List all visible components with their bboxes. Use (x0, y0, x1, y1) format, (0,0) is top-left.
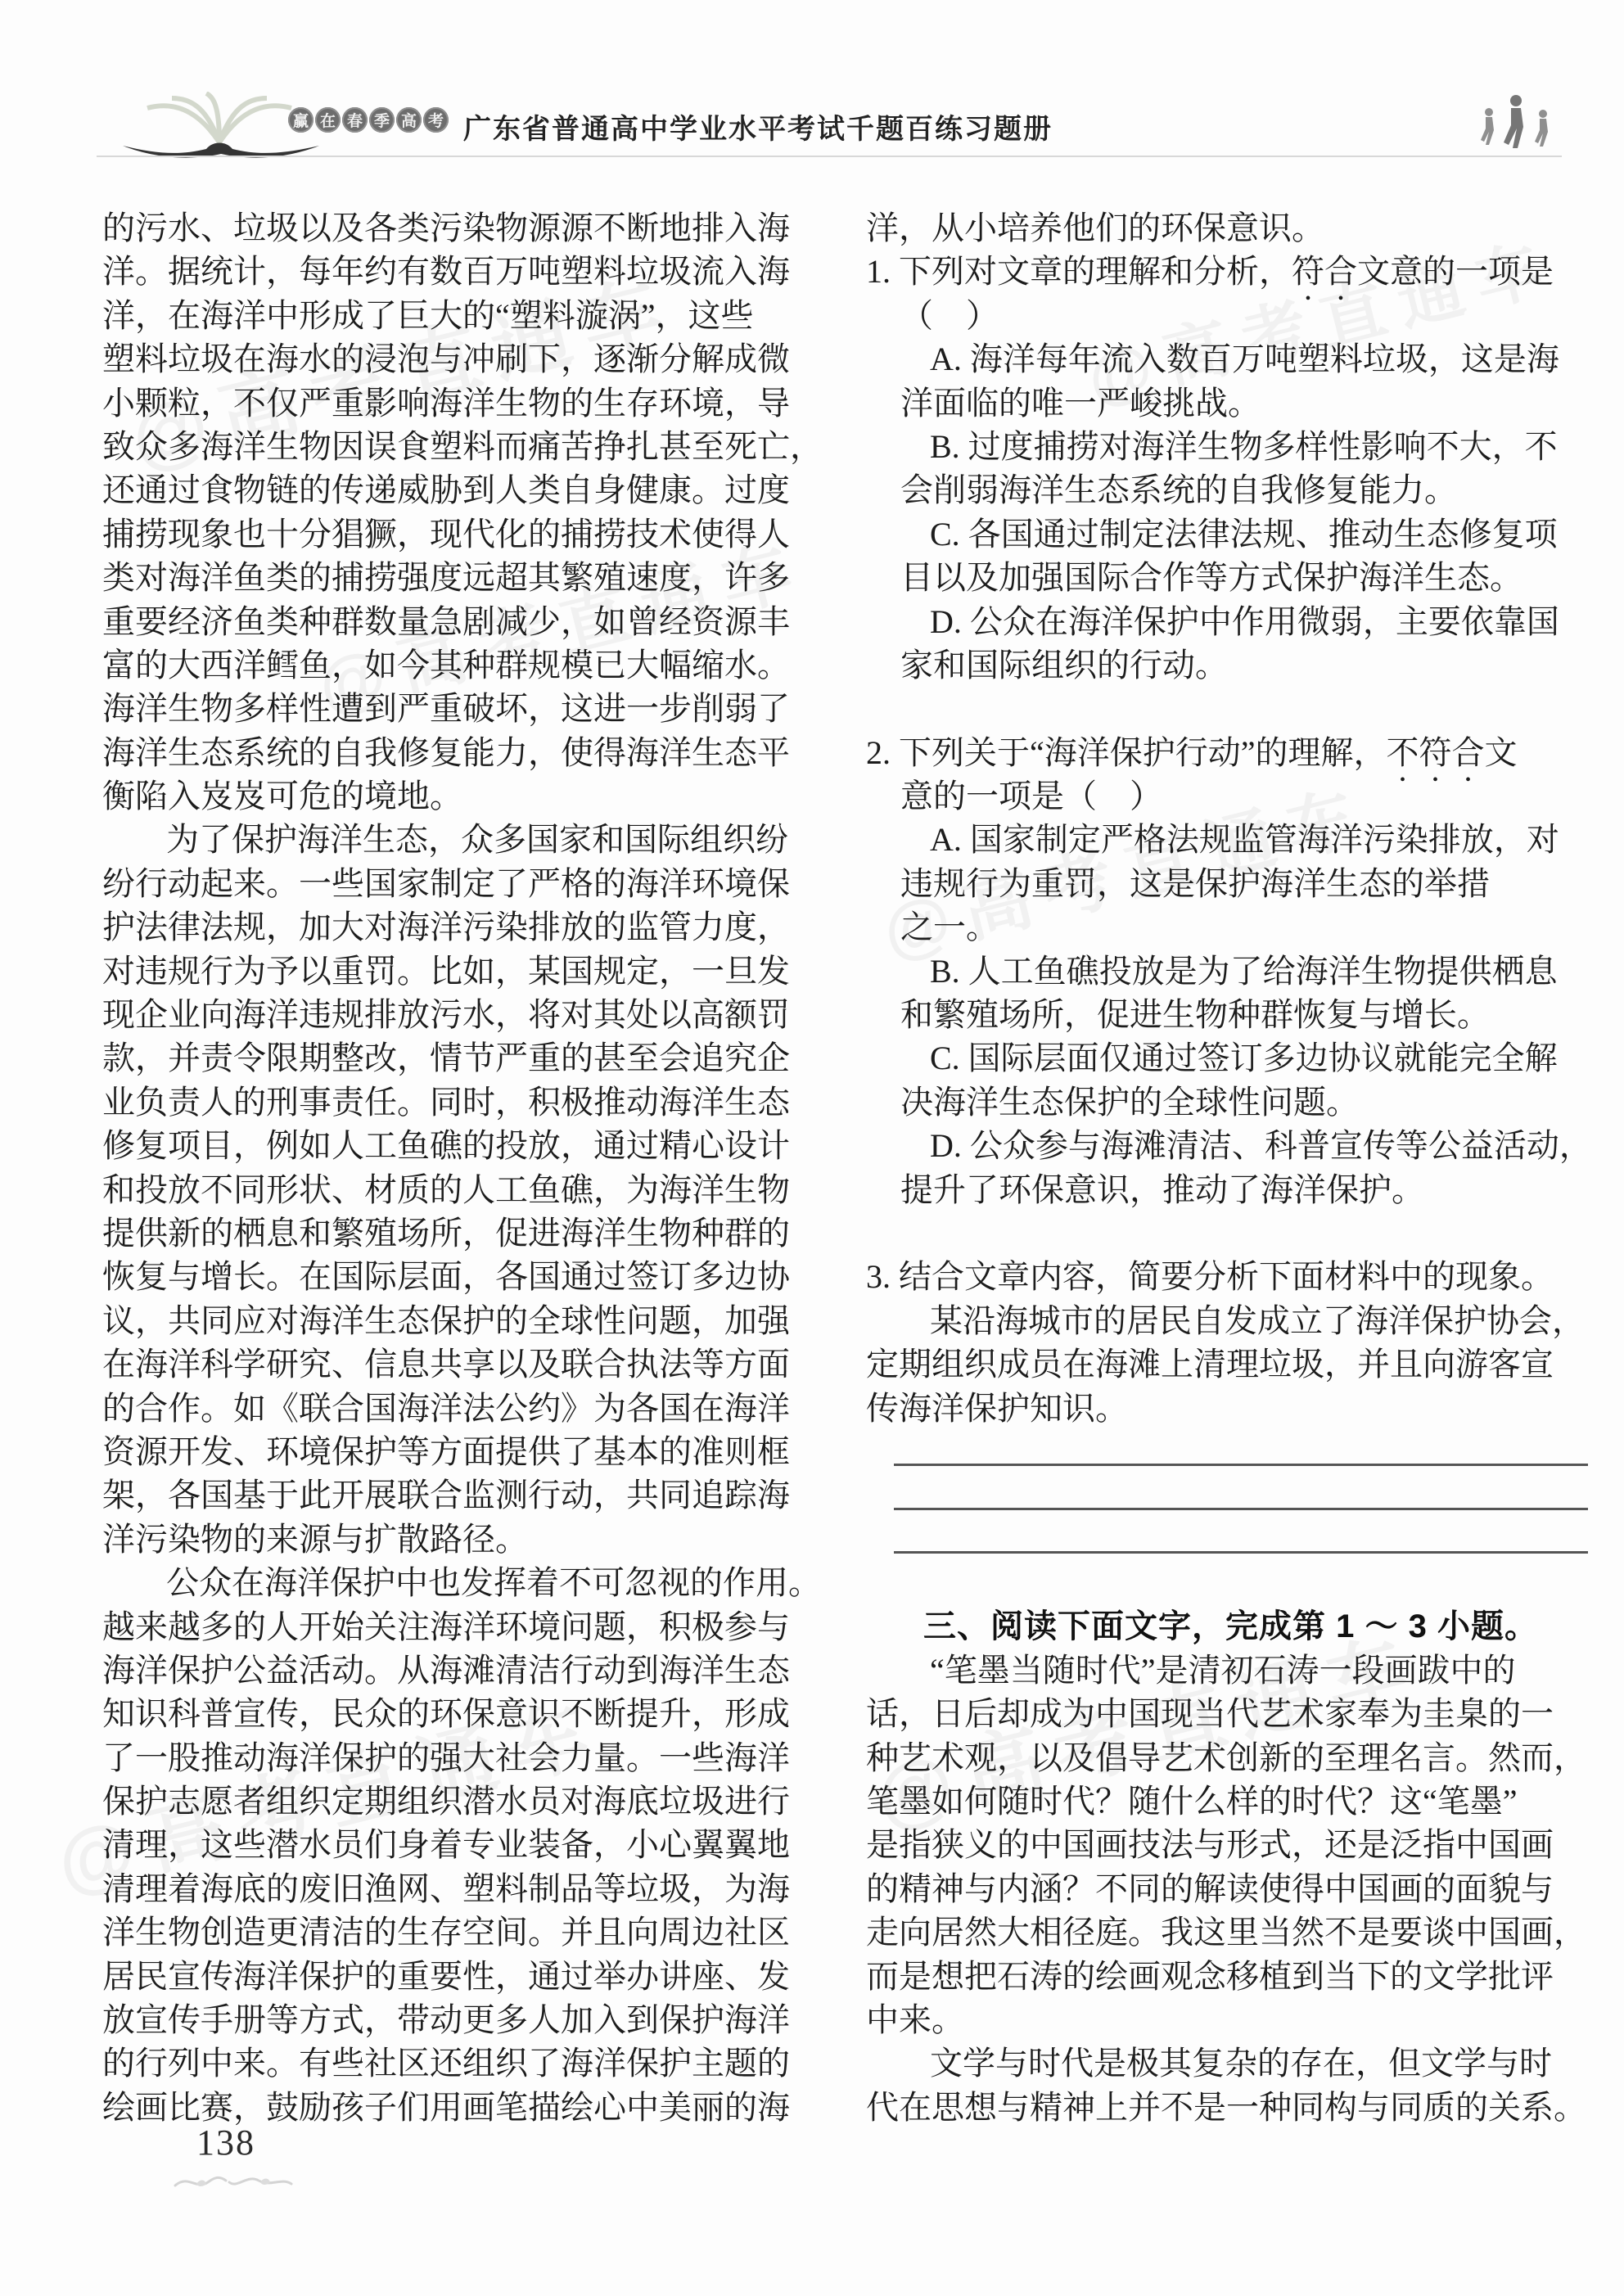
text-line: 目以及加强国际合作等方式保护海洋生态。 (866, 556, 1595, 599)
text-line: 清理着海底的废旧渔网、塑料制品等垃圾，为海 (102, 1867, 831, 1910)
text-line: 传海洋保护知识。 (866, 1387, 1595, 1430)
text-line: “笔墨当随时代”是清初石涛一段画跋中的 (866, 1649, 1595, 1692)
badge-char: 考 (423, 107, 449, 133)
text-line: 保护志愿者组织定期组织潜水员对海底垃圾进行 (102, 1780, 831, 1823)
text-line: 2. 下列关于“海洋保护行动”的理解，不符合文 (866, 731, 1595, 774)
text-line: 洋，在海洋中形成了巨大的“塑料漩涡”，这些 (102, 294, 831, 337)
text-line: 在海洋科学研究、信息共享以及联合执法等方面 (102, 1342, 831, 1386)
text-line: 居民宣传海洋保护的重要性，通过举办讲座、发 (102, 1955, 831, 1998)
emphasized-text: 符合 (1292, 253, 1357, 290)
text-line: 洋生物创造更清洁的生存空间。并且向周边社区 (102, 1910, 831, 1954)
text-line: 决海洋生态保护的全球性问题。 (866, 1080, 1595, 1124)
answer-line (866, 1473, 1595, 1517)
text-line: （ ） (866, 294, 1595, 337)
brand-badge: 赢在春季高考 (288, 107, 449, 133)
text-line: 衡陷入岌岌可危的境地。 (102, 774, 831, 818)
text-line: 会削弱海洋生态系统的自我修复能力。 (866, 468, 1595, 512)
text-line: 现企业向海洋违规排放污水，将对其处以高额罚 (102, 993, 831, 1036)
text-line: 海洋生态系统的自我修复能力，使得海洋生态平 (102, 731, 831, 774)
text-line: 海洋生物多样性遭到严重破坏，这进一步削弱了 (102, 687, 831, 730)
text-line: 定期组织成员在海滩上清理垃圾，并且向游客宣 (866, 1342, 1595, 1386)
text-line: 和繁殖场所，促进生物种群恢复与增长。 (866, 993, 1595, 1036)
footer-flourish-icon (172, 2167, 295, 2197)
text-line: A. 海洋每年流入数百万吨塑料垃圾，这是海 (866, 337, 1595, 381)
spacer-line (866, 1561, 1595, 1604)
text-line: 了一股推动海洋保护的强大社会力量。一些海洋 (102, 1736, 831, 1780)
text-line: 资源开发、环境保护等方面提供了基本的准则框 (102, 1430, 831, 1473)
text-line: 1. 下列对文章的理解和分析，符合文意的一项是 (866, 250, 1595, 293)
text-line: 代在思想与精神上并不是一种同构与同质的关系。 (866, 2086, 1595, 2129)
text-line: 还通过食物链的传递威胁到人类自身健康。过度 (102, 468, 831, 512)
text-line: 恢复与增长。在国际层面，各国通过签订多边协 (102, 1255, 831, 1298)
text-line: 而是想把石涛的绘画观念移植到当下的文学批评 (866, 1955, 1595, 1998)
text-line: 洋。据统计，每年约有数百万吨塑料垃圾流入海 (102, 250, 831, 293)
text-line: 海洋保护公益活动。从海滩清洁行动到海洋生态 (102, 1649, 831, 1692)
answer-line (866, 1518, 1595, 1561)
badge-char: 高 (396, 107, 422, 133)
text-line: 捕捞现象也十分猖獗，现代化的捕捞技术使得人 (102, 512, 831, 556)
header-title: 广东省普通高中学业水平考试千题百练习题册 (463, 106, 1053, 147)
text-line: 的污水、垃圾以及各类污染物源源不断地排入海 (102, 206, 831, 250)
text-line: 话，日后却成为中国现当代艺术家奉为圭臬的一 (866, 1692, 1595, 1735)
text-line: A. 国家制定严格法规监管海洋污染排放，对 (866, 818, 1595, 861)
text-line: 越来越多的人开始关注海洋环境问题，积极参与 (102, 1605, 831, 1649)
text-line: 提升了环保意识，推动了海洋保护。 (866, 1168, 1595, 1211)
text-line: 种艺术观，以及倡导艺术创新的至理名言。然而， (866, 1736, 1595, 1780)
emphasized-text: 不符合 (1387, 734, 1485, 771)
spacer-line (866, 687, 1595, 730)
text-line: 的合作。如《联合国海洋法公约》为各国在海洋 (102, 1387, 831, 1430)
text-line: 违规行为重罚，这是保护海洋生态的举措 (866, 862, 1595, 905)
text-line: 知识科普宣传，民众的环保意识不断提升，形成 (102, 1692, 831, 1735)
text-line: 护法律法规，加大对海洋污染排放的监管力度， (102, 905, 831, 949)
text-line: 提供新的栖息和繁殖场所，促进海洋生物种群的 (102, 1211, 831, 1255)
text-line: 对违规行为予以重罚。比如，某国规定，一旦发 (102, 950, 831, 993)
text-line: 文学与时代是极其复杂的存在，但文学与时 (866, 2041, 1595, 2085)
text-line: 重要经济鱼类种群数量急剧减少，如曾经资源丰 (102, 600, 831, 643)
text-line: B. 过度捕捞对海洋生物多样性影响不大，不 (866, 425, 1595, 468)
runners-icon (1477, 94, 1555, 151)
text-line: 意的一项是（ ） (866, 774, 1595, 818)
right-column: 洋，从小培养他们的环保意识。1. 下列对文章的理解和分析，符合文意的一项是（ ）… (866, 206, 1595, 2129)
badge-char: 春 (342, 107, 368, 133)
text-line: 3. 结合文章内容，简要分析下面材料中的现象。 (866, 1255, 1595, 1298)
text-line: 塑料垃圾在海水的浸泡与冲刷下，逐渐分解成微 (102, 337, 831, 381)
text-line: 中来。 (866, 1998, 1595, 2041)
text-line: D. 公众参与海滩清洁、科普宣传等公益活动， (866, 1124, 1595, 1167)
text-line: 的行列中来。有些社区还组织了海洋保护主题的 (102, 2041, 831, 2085)
text-line: 笔墨如何随时代？随什么样的时代？这“笔墨” (866, 1780, 1595, 1823)
workbook-page: 赢在春季高考 广东省普通高中学业水平考试千题百练习题册 @高考直通车 @高考直通… (0, 0, 1624, 2296)
text-line: B. 人工鱼礁投放是为了给海洋生物提供栖息 (866, 950, 1595, 993)
text-line: 致众多海洋生物因误食塑料而痛苦挣扎甚至死亡， (102, 425, 831, 468)
text-line: 某沿海城市的居民自发成立了海洋保护协会， (866, 1299, 1595, 1342)
text-line: 洋，从小培养他们的环保意识。 (866, 206, 1595, 250)
badge-char: 季 (369, 107, 395, 133)
page-number: 138 (196, 2122, 255, 2163)
text-line: 和投放不同形状、材质的人工鱼礁，为海洋生物 (102, 1168, 831, 1211)
text-line: 放宣传手册等方式，带动更多人加入到保护海洋 (102, 1998, 831, 2041)
text-line: D. 公众在海洋保护中作用微弱，主要依靠国 (866, 600, 1595, 643)
text-line: 家和国际组织的行动。 (866, 643, 1595, 687)
text-line: 小颗粒，不仅严重影响海洋生物的生存环境，导 (102, 381, 831, 425)
text-line: 清理，这些潜水员们身着专业装备，小心翼翼地 (102, 1823, 831, 1866)
text-line: 纷行动起来。一些国家制定了严格的海洋环境保 (102, 862, 831, 905)
text-line: 类对海洋鱼类的捕捞强度远超其繁殖速度，许多 (102, 556, 831, 599)
text-line: 走向居然大相径庭。我这里当然不是要谈中国画， (866, 1910, 1595, 1954)
answer-line (866, 1430, 1595, 1473)
text-line: 为了保护海洋生态，众多国家和国际组织纷 (102, 818, 831, 861)
text-line: 公众在海洋保护中也发挥着不可忽视的作用。 (102, 1561, 831, 1604)
text-line: 修复项目，例如人工鱼礁的投放，通过精心设计 (102, 1124, 831, 1167)
badge-char: 赢 (288, 107, 314, 133)
text-line: 富的大西洋鳕鱼，如今其种群规模已大幅缩水。 (102, 643, 831, 687)
text-line: C. 国际层面仅通过签订多边协议就能完全解 (866, 1036, 1595, 1080)
badge-char: 在 (315, 107, 341, 133)
section-heading: 三、阅读下面文字，完成第 1 ～ 3 小题。 (866, 1605, 1595, 1649)
left-column: 的污水、垃圾以及各类污染物源源不断地排入海洋。据统计，每年约有数百万吨塑料垃圾流… (102, 206, 831, 2129)
text-line: 之一。 (866, 905, 1595, 949)
text-line: 的精神与内涵？不同的解读使得中国画的面貌与 (866, 1867, 1595, 1910)
text-line: 是指狭义的中国画技法与形式，还是泛指中国画 (866, 1823, 1595, 1866)
spacer-line (866, 1211, 1595, 1255)
text-line: 洋面临的唯一严峻挑战。 (866, 381, 1595, 425)
text-line: 架，各国基于此开展联合监测行动，共同追踪海 (102, 1473, 831, 1517)
text-line: C. 各国通过制定法律法规、推动生态修复项 (866, 512, 1595, 556)
text-line: 议，共同应对海洋生态保护的全球性问题，加强 (102, 1299, 831, 1342)
text-line: 款，并责令限期整改，情节严重的甚至会追究企 (102, 1036, 831, 1080)
text-line: 洋污染物的来源与扩散路径。 (102, 1518, 831, 1561)
text-line: 业负责人的刑事责任。同时，积极推动海洋生态 (102, 1080, 831, 1124)
header-divider (97, 156, 1562, 157)
